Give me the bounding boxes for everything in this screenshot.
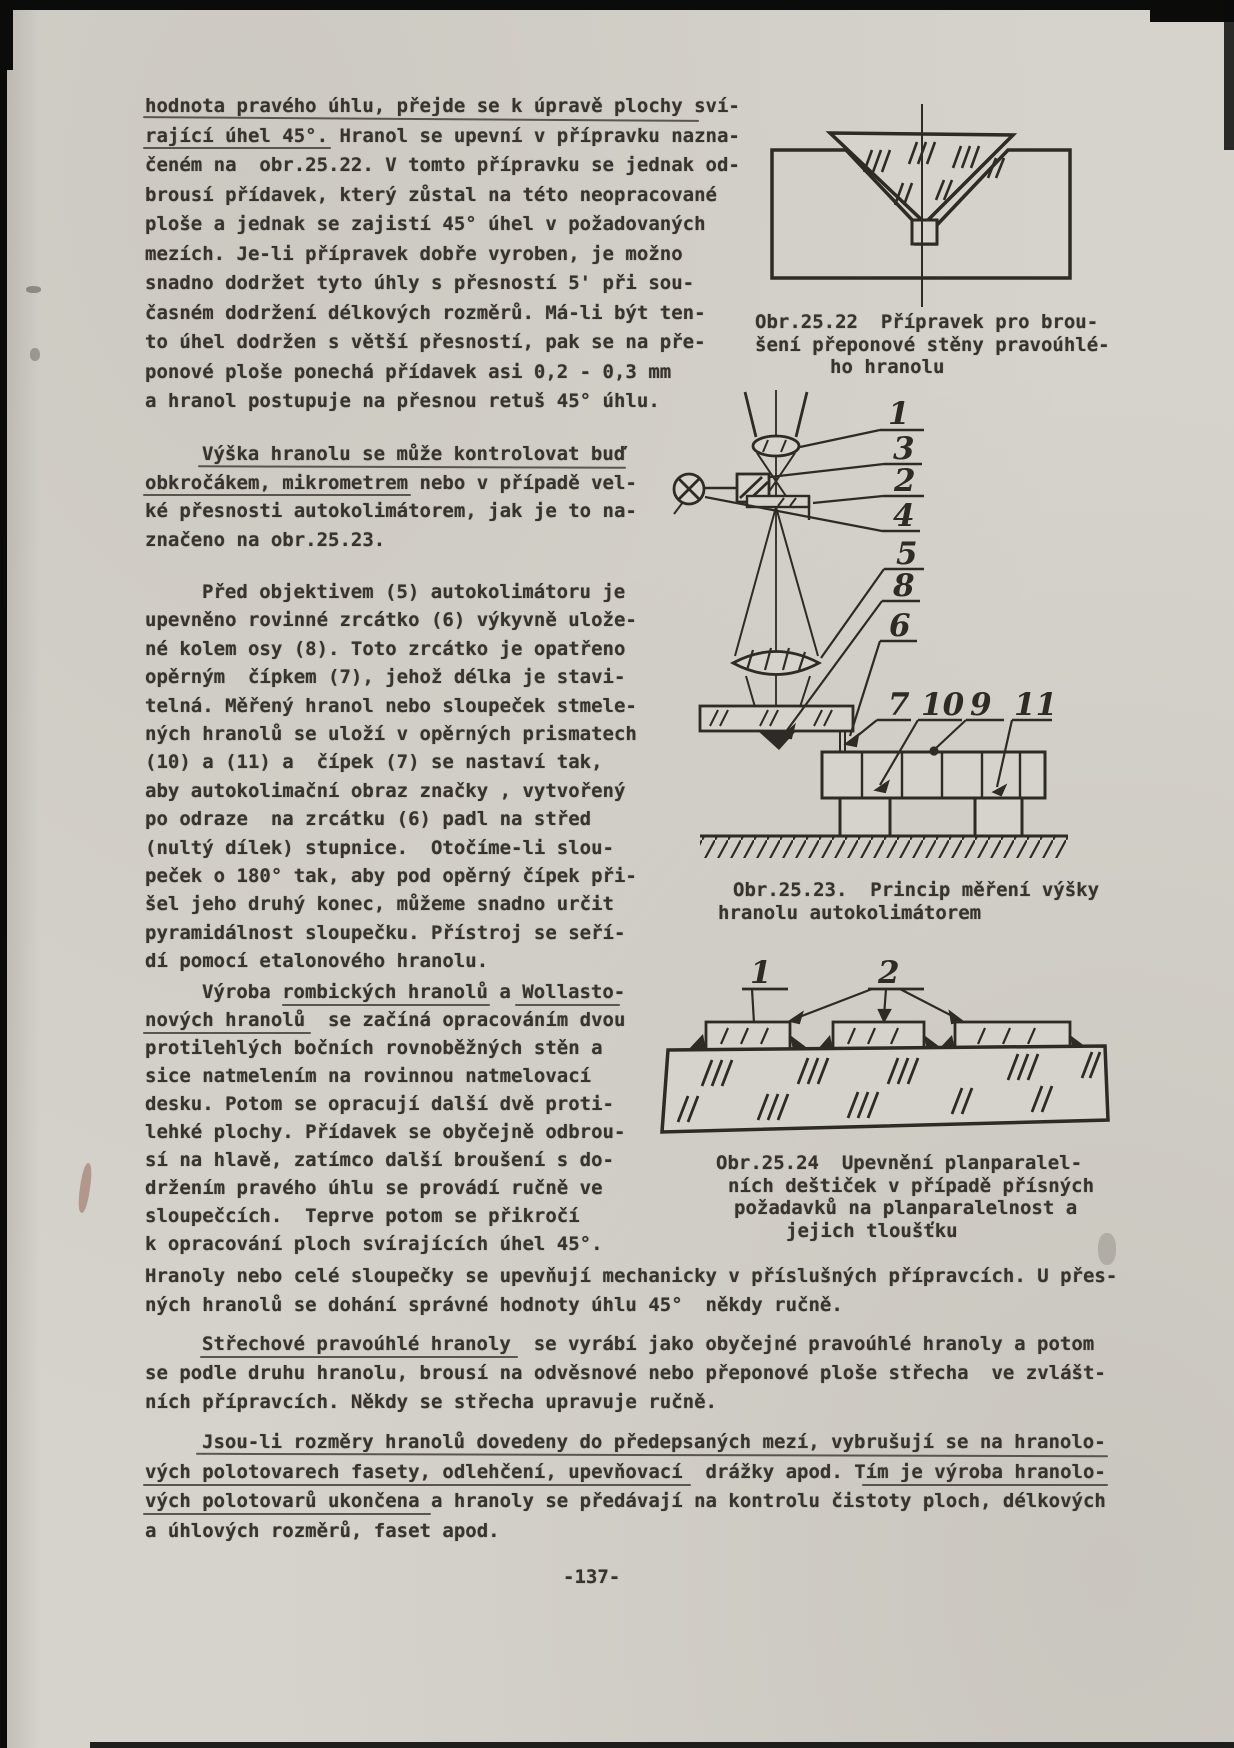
- text-line: aby autokolimační obraz značky , vytvoře…: [145, 777, 637, 805]
- text-line: Obr.25.23. Princip měření výšky: [733, 879, 1099, 902]
- figure-25-23-autocollimator-drawing: 1 3 2 4 5 8 6 7 10 9 11: [600, 360, 1120, 880]
- label-4: 4: [893, 498, 915, 534]
- scan-edge-left: [0, 0, 7, 1748]
- text-line: ploše a jednak se zajistí 45° úhel v pož…: [145, 210, 740, 240]
- text-line: peček o 180° tak, aby pod opěrný čípek p…: [145, 862, 637, 890]
- text-line: hranolu autokolimátorem: [718, 902, 1099, 925]
- text-line: Před objektivem (5) autokolimátoru je: [145, 578, 637, 606]
- scanned-document-page: hodnota pravého úhlu, přejde se k úpravě…: [0, 0, 1234, 1748]
- text-line: Výroba rombických hranolů a Wollasto-: [145, 978, 625, 1006]
- text-line: né kolem osy (8). Toto zrcátko je opatře…: [145, 635, 637, 663]
- text-line: Výška hranolu se může kontrolovat buď: [145, 440, 637, 469]
- text-line: telná. Měřený hranol nebo sloupeček stme…: [145, 692, 637, 720]
- text-line: obkročákem, mikrometrem nebo v případě v…: [145, 469, 637, 498]
- text-line: sí na hlavě, zatímco další broušení s do…: [145, 1146, 625, 1174]
- text-line: k opracování ploch svírajících úhel 45°.: [145, 1230, 625, 1258]
- paragraph-7: Jsou-li rozměry hranolů dovedeny do před…: [145, 1428, 1106, 1546]
- text-line: a úhlových rozměrů, faset apod.: [145, 1517, 1106, 1547]
- underline: [143, 1032, 311, 1034]
- scan-edge-top: [0, 0, 1234, 10]
- text-line: pyramidálnost sloupečku. Přístroj se seř…: [145, 919, 637, 947]
- underline: [143, 1513, 431, 1515]
- ray-lines-lower: [746, 676, 810, 707]
- text-line: ních deštiček v případě přísných: [728, 1175, 1094, 1198]
- text-line: šel jeho druhý konec, můžeme snadno urči…: [145, 890, 637, 918]
- text-line: dí pomocí etalonového hranolu.: [145, 947, 637, 975]
- text-line: jejich tloušťku: [786, 1220, 1094, 1243]
- text-line: požadavků na planparalelnost a: [734, 1197, 1094, 1220]
- support-prism-left: [840, 798, 890, 836]
- text-line: Střechové pravoúhlé hranoly se vyrábí ja…: [145, 1330, 1106, 1359]
- ground-hatch: [700, 836, 1068, 858]
- text-line: ných hranolů se uloží v opěrných prismat…: [145, 720, 637, 748]
- margin-mark-2: [30, 348, 40, 361]
- label-11: 11: [1014, 687, 1057, 723]
- underline: [862, 1484, 1108, 1486]
- text-line: to úhel dodržen s větší přesností, pak s…: [145, 328, 740, 358]
- label-9: 9: [970, 687, 992, 723]
- label-6: 6: [889, 608, 911, 644]
- underline: [143, 494, 411, 496]
- figure-25-23-caption: Obr.25.23. Princip měření výškyhranolu a…: [718, 879, 1099, 924]
- text-line: sice natmelením na rovinnou natmelovací: [145, 1062, 625, 1090]
- label-8: 8: [892, 568, 915, 604]
- text-line: Hranoly nebo celé sloupečky se upevňují …: [145, 1262, 1117, 1291]
- text-line: se podle druhu hranolu, brousí na odvěsn…: [145, 1359, 1106, 1388]
- text-line: protilehlých bočních rovnoběžných stěn a: [145, 1034, 625, 1062]
- mirror-plate: [700, 706, 853, 731]
- text-line: sloupečcích. Teprve potom se přikročí: [145, 1202, 625, 1230]
- text-line: desku. Potom se opracují další dvě proti…: [145, 1090, 625, 1118]
- lamp-icon: [674, 474, 737, 514]
- label-1: 1: [888, 396, 910, 432]
- text-line: časném dodržení délkových rozměrů. Má-li…: [145, 299, 740, 329]
- text-line: upevněno rovinné zrcátko (6) výkyvně ulo…: [145, 606, 637, 634]
- text-line: šení přeponové stěny pravoúhlé-: [755, 334, 1110, 357]
- figure-25-24-caption: Obr.25.24 Upevnění planparalel-ních dešt…: [716, 1152, 1094, 1242]
- text-line: ních přípravcích. Někdy se střecha uprav…: [145, 1388, 1106, 1417]
- figure-25-22-fixture-drawing: [690, 95, 1100, 315]
- text-line: Obr.25.22 Přípravek pro brou-: [755, 311, 1110, 334]
- label-2: 2: [877, 955, 900, 991]
- paragraph-4: Výroba rombických hranolů a Wollasto-nov…: [145, 978, 625, 1258]
- text-line: čeném na obr.25.22. V tomto přípravku se…: [145, 151, 740, 181]
- text-line: opěrným čípkem (7), jehož délka je stavi…: [145, 663, 637, 691]
- text-line: brousí přídavek, který zůstal na této ne…: [145, 181, 740, 211]
- label-1: 1: [750, 955, 772, 991]
- paragraph-3: Před objektivem (5) autokolimátoru jeupe…: [145, 578, 637, 976]
- text-line: snadno dodržet tyto úhly s přesností 5' …: [145, 269, 740, 299]
- paragraph-6: Střechové pravoúhlé hranoly se vyrábí ja…: [145, 1330, 1106, 1417]
- objective-lens: [733, 648, 819, 675]
- text-line: Obr.25.24 Upevnění planparalel-: [716, 1152, 1094, 1175]
- label-7: 7: [888, 687, 910, 723]
- text-line: držením pravého úhlu se provádí ručně ve: [145, 1174, 625, 1202]
- scan-edge-left-bottom: [0, 1690, 7, 1748]
- text-line: mezích. Je-li přípravek dobře vyroben, j…: [145, 240, 740, 270]
- scan-edge-left-top: [0, 0, 13, 70]
- text-line: (nultý dílek) stupnice. Otočíme-li slou-: [145, 834, 637, 862]
- underline: [143, 147, 331, 149]
- support-prism-right: [975, 798, 1022, 836]
- text-line: nových hranolů se začíná opracováním dvo…: [145, 1006, 625, 1034]
- prism-column: [822, 752, 1045, 798]
- underline: [200, 1356, 518, 1358]
- margin-smudge-gray: [1098, 1233, 1116, 1265]
- text-line: vých polotovarech fasety, odlehčení, upe…: [145, 1458, 1106, 1488]
- text-line: ké přesnosti autokolimátorem, jak je to …: [145, 497, 637, 526]
- paragraph-5: Hranoly nebo celé sloupečky se upevňují …: [145, 1262, 1117, 1320]
- page-number: -137-: [563, 1566, 620, 1588]
- figure-25-24-plates-drawing: 1 2: [600, 940, 1130, 1150]
- scan-edge-top-right: [1150, 0, 1234, 22]
- label-3: 3: [893, 431, 915, 467]
- label-10: 10: [921, 687, 965, 723]
- scan-edge-bottom: [90, 1742, 1234, 1748]
- margin-mark-1: [26, 286, 41, 293]
- text-line: po odraze na zrcátku (6) padl na střed: [145, 805, 637, 833]
- text-line: (10) a (11) a čípek (7) se nastaví tak,: [145, 748, 637, 776]
- text-line: ných hranolů se dohání správné hodnoty ú…: [145, 1291, 1117, 1320]
- underline: [282, 1004, 490, 1006]
- paragraph-2: Výška hranolu se může kontrolovat buďobk…: [145, 440, 637, 554]
- label-2: 2: [893, 463, 916, 499]
- margin-smudge-red: [77, 1163, 94, 1214]
- text-line: značeno na obr.25.23.: [145, 526, 637, 555]
- scan-edge-right-sliver: [1224, 0, 1234, 150]
- text-line: lehké plochy. Přídavek se obyčejně odbro…: [145, 1118, 625, 1146]
- cementing-base-plate: [662, 1046, 1108, 1132]
- label-5: 5: [896, 536, 918, 572]
- underline: [143, 1484, 691, 1486]
